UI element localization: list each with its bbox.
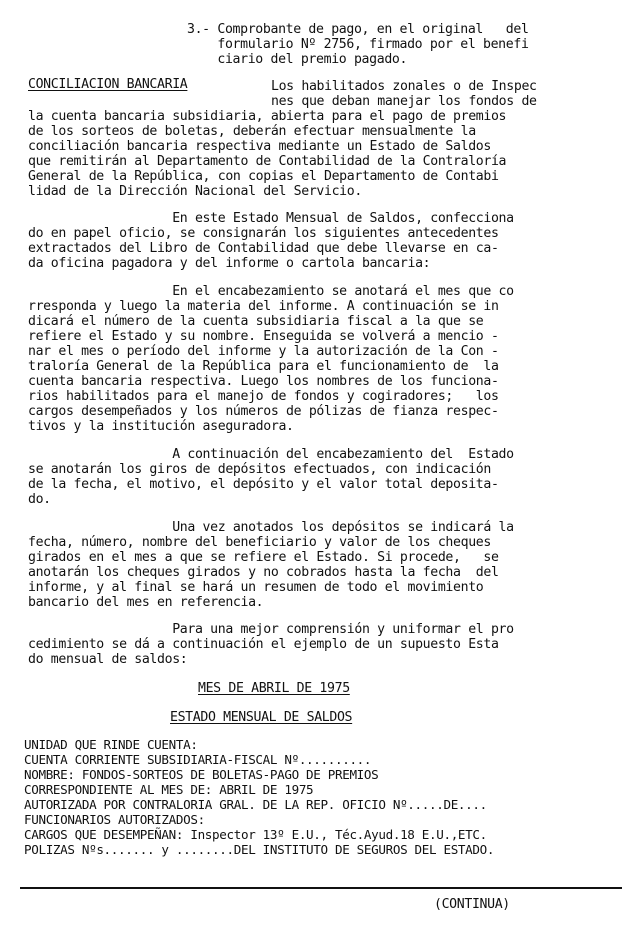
text-line: rresponda y luego la materia del informe…	[28, 299, 499, 314]
text-line: extractados del Libro de Contabilidad qu…	[28, 241, 499, 256]
text-line: girados en el mes a que se refiere el Es…	[28, 550, 499, 565]
text-line: conciliación bancaria respectiva mediant…	[28, 139, 491, 154]
text-line: 3.- Comprobante de pago, en el original …	[187, 22, 529, 37]
text-line: la cuenta bancaria subsidiaria, abierta …	[28, 109, 506, 124]
example-title-estado: ESTADO MENSUAL DE SALDOS	[170, 710, 352, 725]
form-line: FUNCIONARIOS AUTORIZADOS:	[24, 812, 205, 827]
text-line: En este Estado Mensual de Saldos, confec…	[28, 211, 514, 226]
text-line: tivos y la institución aseguradora.	[28, 419, 294, 434]
text-line: informe, y al final se hará un resumen d…	[28, 580, 483, 595]
example-title-month: MES DE ABRIL DE 1975	[198, 681, 350, 696]
text-line: En el encabezamiento se anotará el mes q…	[28, 284, 514, 299]
text-line: se anotarán los giros de depósitos efect…	[28, 462, 491, 477]
text-line: dicará el número de la cuenta subsidiari…	[28, 314, 483, 329]
text-line: Una vez anotados los depósitos se indica…	[28, 520, 514, 535]
form-line: NOMBRE: FONDOS-SORTEOS DE BOLETAS-PAGO D…	[24, 767, 378, 782]
text-line: do en papel oficio, se consignarán los s…	[28, 226, 499, 241]
text-line: A continuación del encabezamiento del Es…	[28, 447, 514, 462]
form-line: POLIZAS Nºs....... y ........DEL INSTITU…	[24, 842, 494, 857]
section-heading: CONCILIACION BANCARIA	[28, 77, 187, 92]
text-line: formulario Nº 2756, firmado por el benef…	[187, 37, 529, 52]
text-line: cargos desempeñados y los números de pól…	[28, 404, 499, 419]
text-line: de la fecha, el motivo, el depósito y el…	[28, 477, 499, 492]
continua-label: (CONTINUA)	[434, 897, 510, 912]
text-line: rios habilitados para el manejo de fondo…	[28, 389, 499, 404]
form-line: CUENTA CORRIENTE SUBSIDIARIA-FISCAL Nº..…	[24, 752, 371, 767]
text-line: General de la República, con copias el D…	[28, 169, 499, 184]
text-line: do.	[28, 492, 51, 507]
text-line: ciario del premio pagado.	[187, 52, 407, 67]
text-line: fecha, número, nombre del beneficiario y…	[28, 535, 491, 550]
form-line: AUTORIZADA POR CONTRALORIA GRAL. DE LA R…	[24, 797, 487, 812]
text-line: lidad de la Dirección Nacional del Servi…	[28, 184, 362, 199]
form-line: CARGOS QUE DESEMPEÑAN: Inspector 13º E.U…	[24, 827, 487, 842]
document-page: 3.- Comprobante de pago, en el original …	[0, 0, 630, 943]
text-line: bancario del mes en referencia.	[28, 595, 263, 610]
text-line: cedimiento se dá a continuación el ejemp…	[28, 637, 499, 652]
text-line: traloría General de la República para el…	[28, 359, 499, 374]
text-line: Para una mejor comprensión y uniformar e…	[28, 622, 514, 637]
text-line: do mensual de saldos:	[28, 652, 187, 667]
text-line: que remitirán al Departamento de Contabi…	[28, 154, 506, 169]
text-line: Los habilitados zonales o de Inspec	[271, 79, 537, 94]
text-line: da oficina pagadora y del informe o cart…	[28, 256, 430, 271]
form-line: UNIDAD QUE RINDE CUENTA:	[24, 737, 198, 752]
text-line: nes que deban manejar los fondos de	[271, 94, 537, 109]
text-line: refiere el Estado y su nombre. Enseguida…	[28, 329, 499, 344]
form-line: CORRESPONDIENTE AL MES DE: ABRIL DE 1975	[24, 782, 313, 797]
text-line: anotarán los cheques girados y no cobrad…	[28, 565, 499, 580]
text-line: nar el mes o período del informe y la au…	[28, 344, 499, 359]
text-line: cuenta bancaria respectiva. Luego los no…	[28, 374, 499, 389]
horizontal-divider	[20, 887, 622, 889]
text-line: de los sorteos de boletas, deberán efect…	[28, 124, 476, 139]
